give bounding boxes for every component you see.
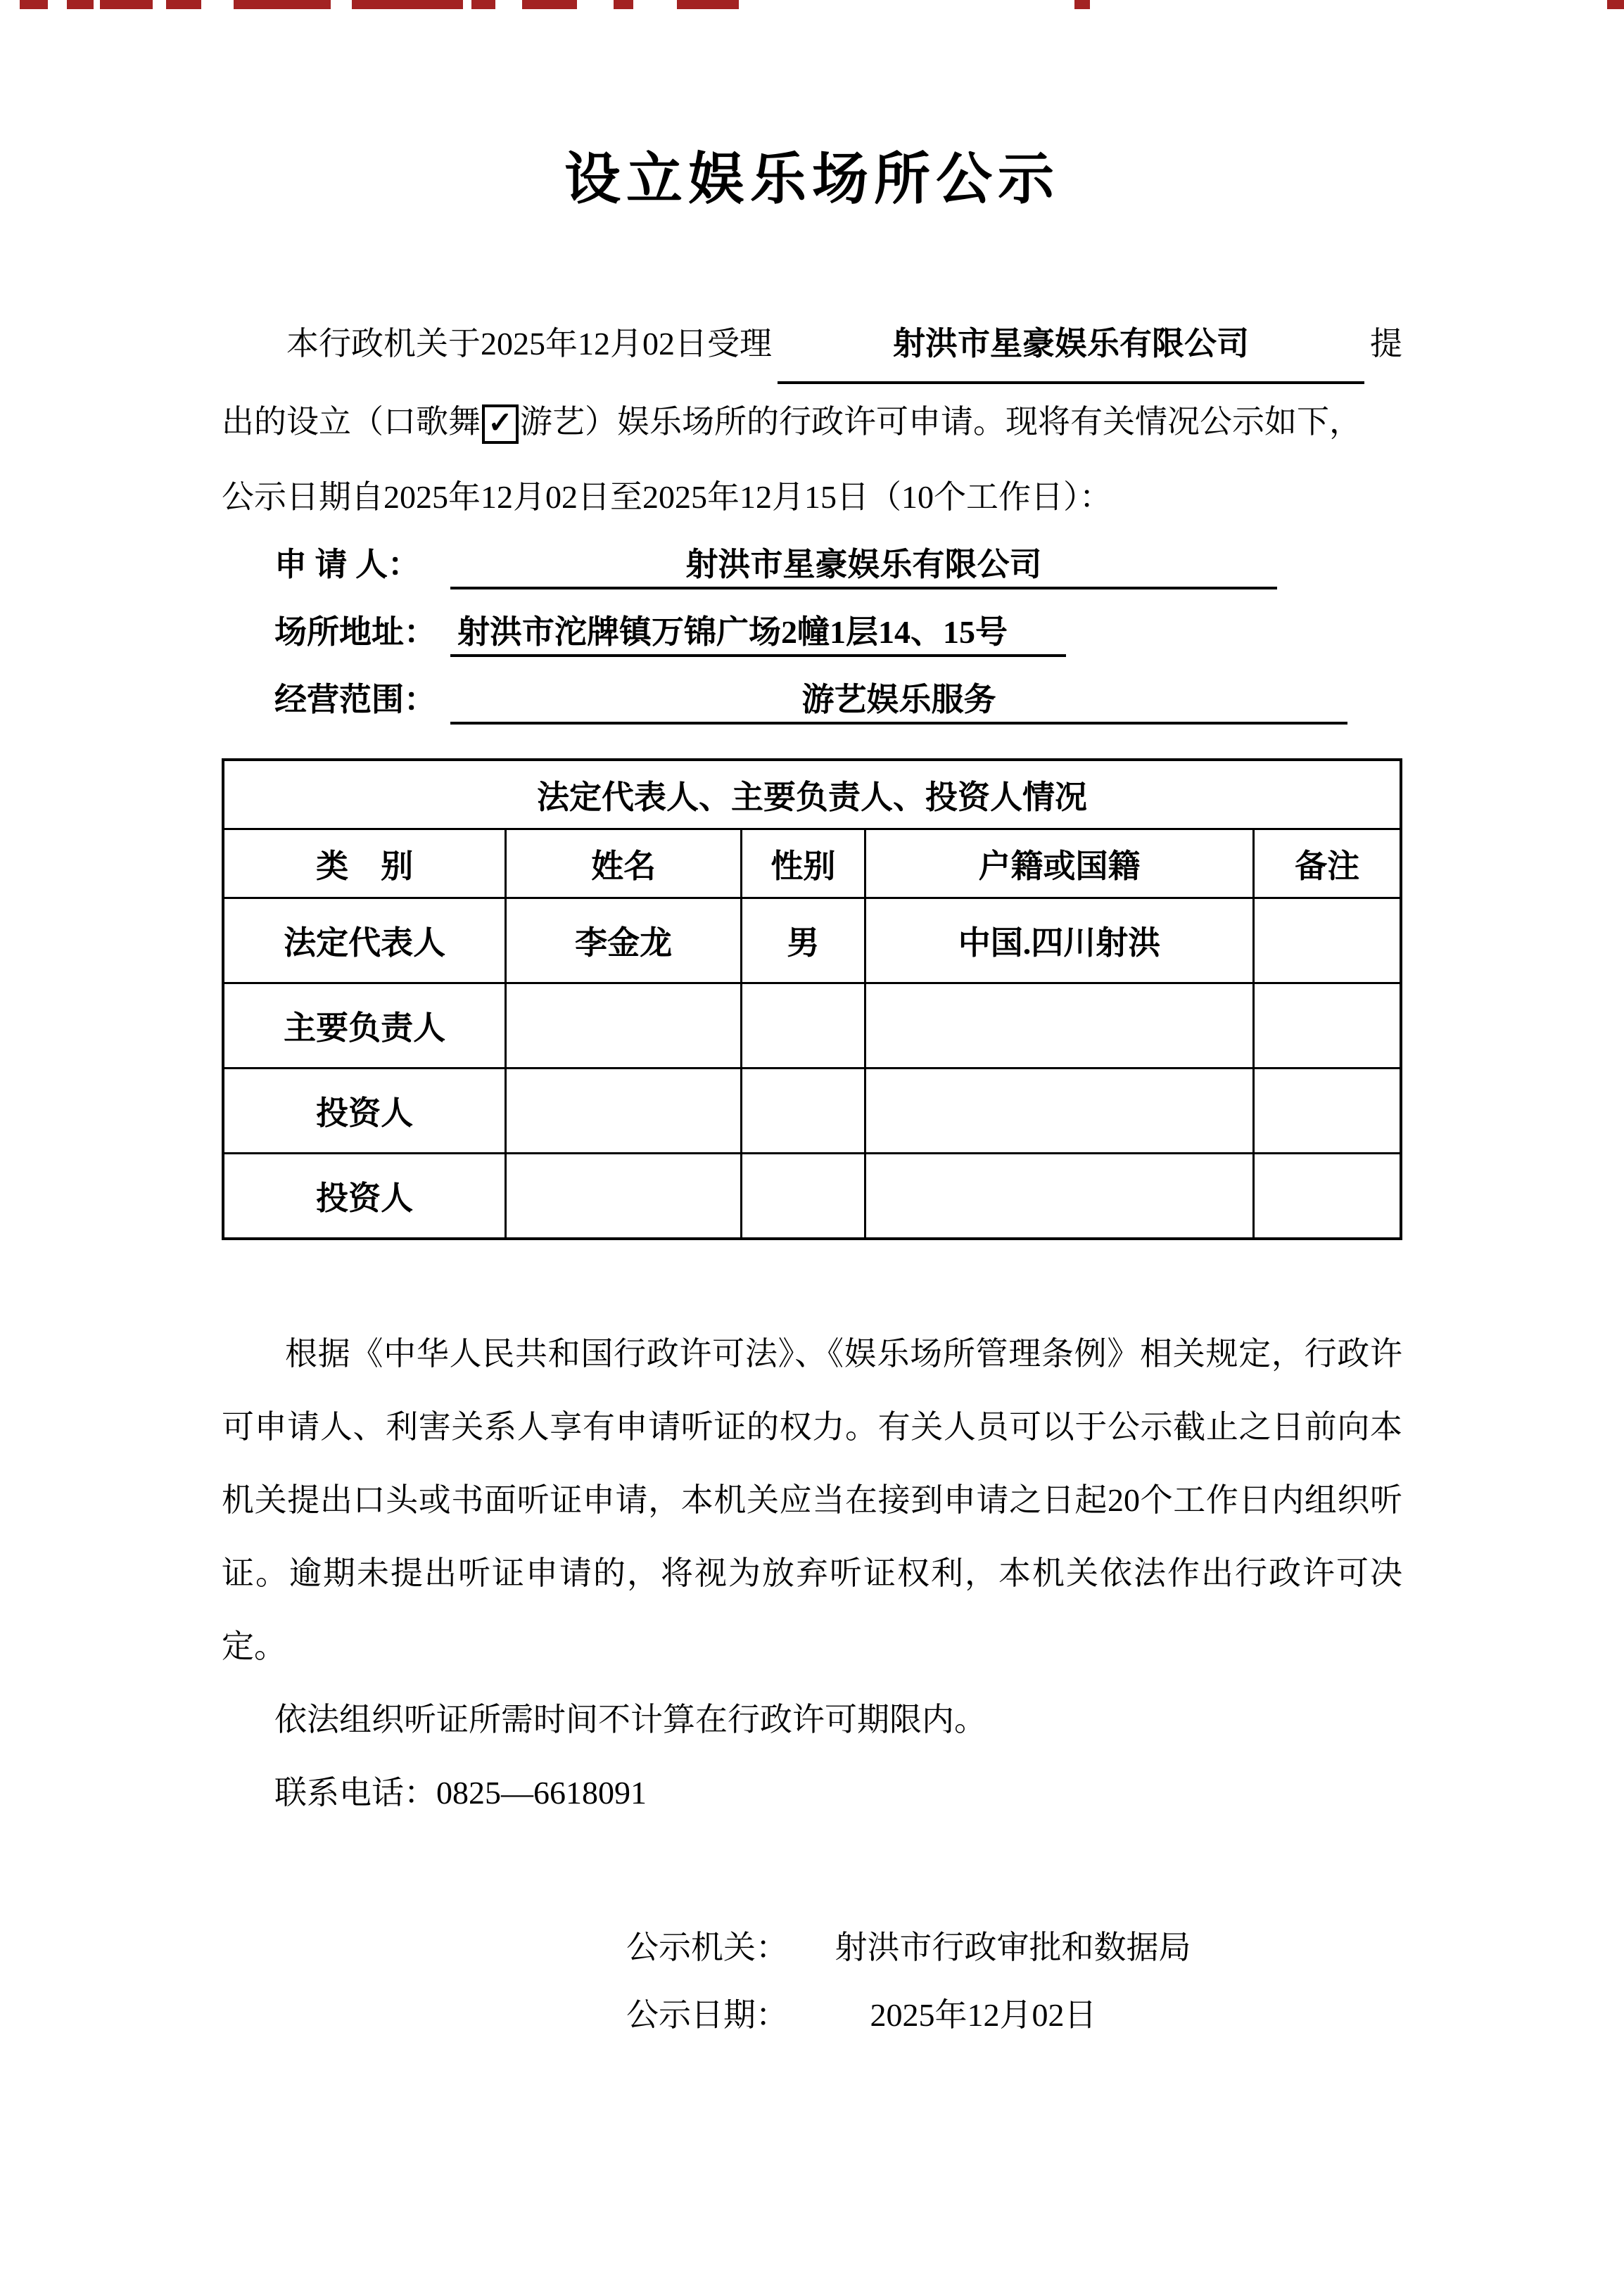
cell-name [506,1069,742,1154]
header-remarks: 备注 [1254,829,1401,898]
table-header-row: 类 别 姓名 性别 户籍或国籍 备注 [223,829,1401,898]
cell-nationality [865,1069,1253,1154]
cutoff-red-text-fragment [166,0,201,9]
cell-gender [742,1154,865,1239]
representatives-table: 法定代表人、主要负责人、投资人情况 类 别 姓名 性别 户籍或国籍 备注 法定代… [222,758,1402,1240]
cutoff-red-text-fragment [352,0,463,9]
table-row: 主要负责人 [223,983,1401,1069]
cell-name [506,1154,742,1239]
intro-line1-text: 本行政机关于2025年12月02日受理 [286,306,772,381]
accepted-company-blank: 射洪市星豪娱乐有限公司 [778,306,1364,384]
intro-line2-after: 游艺）娱乐场所的行政许可申请。现将有关情况公示如下， [520,384,1362,459]
business-scope-field: 经营范围： 游艺娱乐服务 [222,674,1402,741]
contact-phone: 0825—6618091 [436,1775,647,1811]
cutoff-red-text-fragment [20,0,48,9]
publicity-period-text: 公示日期自2025年12月02日至2025年12月15日（10个工作日）： [222,459,1112,535]
publicity-date-line: 公示日期： 2025年12月02日 [626,1982,1402,2049]
cell-gender [742,983,865,1069]
business-scope-value: 游艺娱乐服务 [450,674,1347,725]
intro-line-2: 出的设立（口歌舞 ✓ 游艺）娱乐场所的行政许可申请。现将有关情况公示如下， [222,384,1402,459]
cell-nationality: 中国.四川射洪 [865,898,1253,983]
cutoff-red-text-fragment [234,0,331,9]
intro-line1-tail: 提 [1370,306,1402,381]
address-field: 场所地址： 射洪市沱牌镇万锦广场2幢1层14、15号 [222,606,1402,674]
cell-remarks [1254,898,1401,983]
cell-nationality [865,1154,1253,1239]
table-caption: 法定代表人、主要负责人、投资人情况 [223,760,1401,829]
intro-line-3: 公示日期自2025年12月02日至2025年12月15日（10个工作日）： [222,459,1402,535]
intro-paragraph: 本行政机关于2025年12月02日受理 射洪市星豪娱乐有限公司 提 出的设立（口… [222,306,1402,535]
cutoff-red-text-fragment [1607,0,1624,9]
cell-remarks [1254,1154,1401,1239]
page-title: 设立娱乐场所公示 [222,0,1402,215]
cell-remarks [1254,983,1401,1069]
cell-name: 李金龙 [506,898,742,983]
header-gender: 性别 [742,829,865,898]
table-row: 投资人 [223,1069,1401,1154]
applicant-value: 射洪市星豪娱乐有限公司 [450,539,1277,589]
footer-block: 公示机关： 射洪市行政审批和数据局 公示日期： 2025年12月02日 [626,1914,1402,2049]
cell-nationality [865,983,1253,1069]
applicant-label: 申 请 人： [274,539,450,585]
intro-line2-before: 出的设立（口歌舞 [222,384,481,459]
header-name: 姓名 [506,829,742,898]
scanned-announcement-page: 设立娱乐场所公示 本行政机关于2025年12月02日受理 射洪市星豪娱乐有限公司… [0,0,1624,2296]
intro-line-1: 本行政机关于2025年12月02日受理 射洪市星豪娱乐有限公司 提 [222,306,1402,384]
table-caption-row: 法定代表人、主要负责人、投资人情况 [223,760,1401,829]
cutoff-red-text-fragment [1074,0,1090,9]
header-category: 类 别 [223,829,506,898]
publicity-agency-value: 射洪市行政审批和数据局 [835,1930,1191,1965]
business-scope-label: 经营范围： [274,674,450,720]
cell-category: 主要负责人 [223,983,506,1069]
cell-category: 投资人 [223,1069,506,1154]
cell-gender: 男 [742,898,865,983]
cell-category: 法定代表人 [223,898,506,983]
publicity-date-value: 2025年12月02日 [870,1997,1097,2033]
table-row: 法定代表人 李金龙 男 中国.四川射洪 [223,898,1401,983]
cutoff-red-text-fragment [614,0,633,9]
address-value: 射洪市沱牌镇万锦广场2幢1层14、15号 [450,606,1066,657]
cutoff-red-text-fragment [67,0,94,9]
cutoff-red-text-fragment [677,0,739,9]
publicity-agency-line: 公示机关： 射洪市行政审批和数据局 [626,1914,1402,1982]
cutoff-red-text-fragment [522,0,577,9]
contact-label: 联系电话： [274,1775,436,1811]
cell-gender [742,1069,865,1154]
publicity-date-label: 公示日期： [626,1997,788,2033]
hearing-rights-paragraph: 根据《中华人民共和国行政许可法》、《娱乐场所管理条例》相关规定，行政许可申请人、… [222,1318,1402,1683]
hearing-time-paragraph: 依法组织听证所需时间不计算在行政许可期限内。 [222,1683,1402,1756]
applicant-field: 申 请 人： 射洪市星豪娱乐有限公司 [222,539,1402,606]
publicity-agency-label: 公示机关： [626,1930,788,1965]
cell-category: 投资人 [223,1154,506,1239]
cutoff-red-text-fragment [471,0,495,9]
cell-name [506,983,742,1069]
application-fields: 申 请 人： 射洪市星豪娱乐有限公司 场所地址： 射洪市沱牌镇万锦广场2幢1层1… [222,539,1402,741]
checked-checkbox-icon: ✓ [482,404,519,444]
table-row: 投资人 [223,1154,1401,1239]
cutoff-red-text-fragment [100,0,153,9]
address-label: 场所地址： [274,606,450,653]
contact-line: 联系电话：0825—6618091 [222,1756,1402,1830]
header-nationality: 户籍或国籍 [865,829,1253,898]
cell-remarks [1254,1069,1401,1154]
